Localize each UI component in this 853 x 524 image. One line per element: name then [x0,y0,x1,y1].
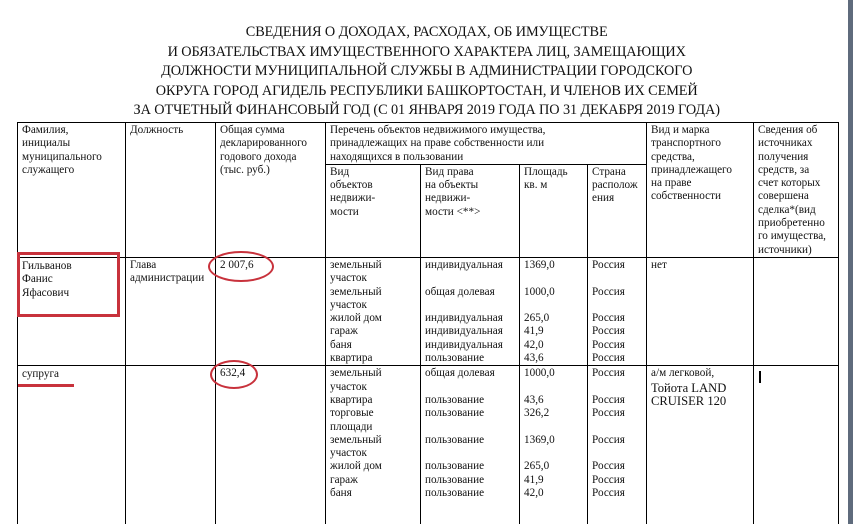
country-value: Россия [592,487,643,500]
right-type: индивидуальная [425,259,516,286]
area-value: 1369,0 [524,434,584,461]
object-type: жилой дом [330,460,417,473]
header-vehicle: Вид и маркатранспортногосредства,принадл… [647,123,754,258]
declaration-table: Фамилия,инициалымуниципальногослужащего … [17,122,839,524]
right-type: пользование [425,407,516,434]
table-row: ГильвановФанисЯфасович Главаадминистраци… [18,257,839,365]
text-line: средств, за [758,164,835,177]
area-value: 265,0 [524,312,584,325]
title-line: ДОЛЖНОСТИ МУНИЦИПАЛЬНОЙ СЛУЖБЫ В АДМИНИС… [26,61,828,81]
text-line: Должность [130,124,212,137]
text-line: годового дохода [220,151,322,164]
object-type: квартира [330,352,417,365]
header-country: Странарасположения [588,164,647,257]
title-line: ОКРУГА ГОРОД АГИДЕЛЬ РЕСПУБЛИКИ БАШКОРТО… [26,81,828,101]
text-line: транспортного [651,137,750,150]
title-line: СВЕДЕНИЯ О ДОХОДАХ, РАСХОДАХ, ОБ ИМУЩЕСТ… [26,22,828,42]
area-value: 1369,0 [524,259,584,286]
text-line: Гильванов [22,259,122,272]
country-value: Россия [592,325,643,338]
object-type: баня [330,339,417,352]
header-realty-group: Перечень объектов недвижимого имущества,… [326,123,647,165]
text-line: счет которых [758,177,835,190]
text-line: средства, [651,151,750,164]
text-line: совершена [758,190,835,203]
area-value: 265,0 [524,460,584,473]
country-value: Россия [592,407,643,434]
cell-vehicle[interactable]: а/м легковой,Тойота LANDCRUISER 120 [647,366,754,524]
country-value: Россия [592,394,643,407]
object-type: баня [330,487,417,500]
header-income: Общая суммадекларированногогодового дохо… [216,123,326,258]
area-value: 1000,0 [524,367,584,394]
object-type: земельный участок [330,434,417,461]
cell-sources[interactable] [754,257,839,365]
text-line: Яфасович [22,286,122,299]
title-line: И ОБЯЗАТЕЛЬСТВАХ ИМУЩЕСТВЕННОГО ХАРАКТЕР… [26,42,828,62]
cell-object-type[interactable]: земельный участокземельный участокжилой … [326,257,421,365]
country-value: Россия [592,367,643,394]
country-value: Россия [592,352,643,365]
document-page: СВЕДЕНИЯ О ДОХОДАХ, РАСХОДАХ, ОБ ИМУЩЕСТ… [0,0,848,524]
object-type: жилой дом [330,312,417,325]
area-value: 43,6 [524,394,584,407]
cell-position[interactable]: Главаадминистрации [126,257,216,365]
object-type: квартира [330,394,417,407]
right-type: общая долевая [425,286,516,313]
cell-income[interactable]: 632,4 [216,366,326,524]
cell-object-type[interactable]: земельный участокквартираторговые площад… [326,366,421,524]
right-type: пользование [425,487,516,500]
cell-name[interactable]: ГильвановФанисЯфасович [18,257,126,365]
cell-name[interactable]: супруга [18,366,126,524]
text-line: недвижи- [425,192,516,205]
cell-right-type[interactable]: индивидуальнаяобщая долеваяиндивидуальна… [421,257,520,365]
right-type: общая долевая [425,367,516,394]
country-value: Россия [592,312,643,325]
text-line: сделка*(вид [758,204,835,217]
cell-country[interactable]: РоссияРоссияРоссияРоссияРоссияРоссияРосс… [588,366,647,524]
object-type: гараж [330,474,417,487]
text-cursor [759,371,761,383]
right-type: пользование [425,434,516,461]
area-value: 42,0 [524,487,584,500]
right-type: индивидуальная [425,325,516,338]
object-type: земельный участок [330,367,417,394]
area-value: 41,9 [524,474,584,487]
cell-country[interactable]: РоссияРоссияРоссияРоссияРоссияРоссия [588,257,647,365]
country-value: Россия [592,286,643,313]
right-type: пользование [425,460,516,473]
country-value: Россия [592,434,643,461]
header-object-type: Видобъектовнедвижи-мости [326,164,421,257]
area-value: 43,6 [524,352,584,365]
text-line: получения [758,151,835,164]
text-line: Вид и марка [651,124,750,137]
income-value: 2 007,6 [220,259,322,272]
text-line: Фанис [22,272,122,285]
text-line: на объекты [425,179,516,192]
text-line: Общая сумма [220,124,322,137]
text-line: Площадь [524,166,584,179]
text-line: администрации [130,272,212,285]
header-area: Площадькв. м [520,164,588,257]
right-type: индивидуальная [425,312,516,325]
text-line: (тыс. руб.) [220,164,322,177]
text-line: мости [330,206,417,219]
vehicle-text: Тойота LAND [651,381,750,394]
area-value: 42,0 [524,339,584,352]
income-value: 632,4 [220,367,322,380]
country-value: Россия [592,339,643,352]
text-line: го имущества, [758,230,835,243]
text-line: располож [592,179,643,192]
text-line: Фамилия, [22,124,122,137]
text-line: инициалы [22,137,122,150]
object-type: гараж [330,325,417,338]
header-sources: Сведения обисточникахполучениясредств, з… [754,123,839,258]
document-title: СВЕДЕНИЯ О ДОХОДАХ, РАСХОДАХ, ОБ ИМУЩЕСТ… [26,22,828,120]
country-value: Россия [592,259,643,286]
text-line: Глава [130,259,212,272]
object-type: земельный участок [330,286,417,313]
text-line: мости <**> [425,206,516,219]
right-type: пользование [425,474,516,487]
text-line: Страна [592,166,643,179]
text-line: кв. м [524,179,584,192]
text-line: муниципального [22,151,122,164]
right-type: пользование [425,394,516,407]
text-line: приобретенно [758,217,835,230]
text-line: супруга [22,367,122,380]
area-value: 1000,0 [524,286,584,313]
cell-income[interactable]: 2 007,6 [216,257,326,365]
object-type: земельный участок [330,259,417,286]
text-line: на праве [651,177,750,190]
text-line: объектов [330,179,417,192]
header-position: Должность [126,123,216,258]
text-line: Вид права [425,166,516,179]
area-value: 41,9 [524,325,584,338]
cell-right-type[interactable]: общая долеваяпользованиепользованиепольз… [421,366,520,524]
title-line: ЗА ОТЧЕТНЫЙ ФИНАНСОВЫЙ ГОД (С 01 ЯНВАРЯ … [26,100,828,120]
cell-sources[interactable] [754,366,839,524]
text-line: Перечень объектов недвижимого имущества, [330,124,643,137]
header-row: Фамилия,инициалымуниципальногослужащего … [18,123,839,165]
header-right-type: Вид правана объектынедвижи-мости <**> [421,164,520,257]
text-line: принадлежащего [651,164,750,177]
text-line: Вид [330,166,417,179]
text-line: источниках [758,137,835,150]
window-edge [848,0,853,524]
country-value: Россия [592,460,643,473]
text-line: декларированного [220,137,322,150]
header-name: Фамилия,инициалымуниципальногослужащего [18,123,126,258]
text-line: служащего [22,164,122,177]
text-line: ения [592,192,643,205]
cell-position[interactable] [126,366,216,524]
text-line: недвижи- [330,192,417,205]
vehicle-text: а/м легковой, [651,367,750,380]
area-value: 326,2 [524,407,584,434]
text-line: собственности [651,190,750,203]
cell-area[interactable]: 1369,01000,0265,041,942,043,6 [520,257,588,365]
vehicle-text: CRUISER 120 [651,394,750,407]
object-type: торговые площади [330,407,417,434]
vehicle-text: нет [651,259,750,272]
text-line: находящихся в пользовании [330,151,643,164]
text-line: Сведения об [758,124,835,137]
right-type: индивидуальная [425,339,516,352]
table-row: супруга 632,4 земельный участокквартират… [18,366,839,524]
cell-vehicle[interactable]: нет [647,257,754,365]
cell-area[interactable]: 1000,043,6326,21369,0265,041,942,0 [520,366,588,524]
right-type: пользование [425,352,516,365]
country-value: Россия [592,474,643,487]
text-line: принадлежащих на праве собственности или [330,137,643,150]
text-line: источники) [758,244,835,257]
